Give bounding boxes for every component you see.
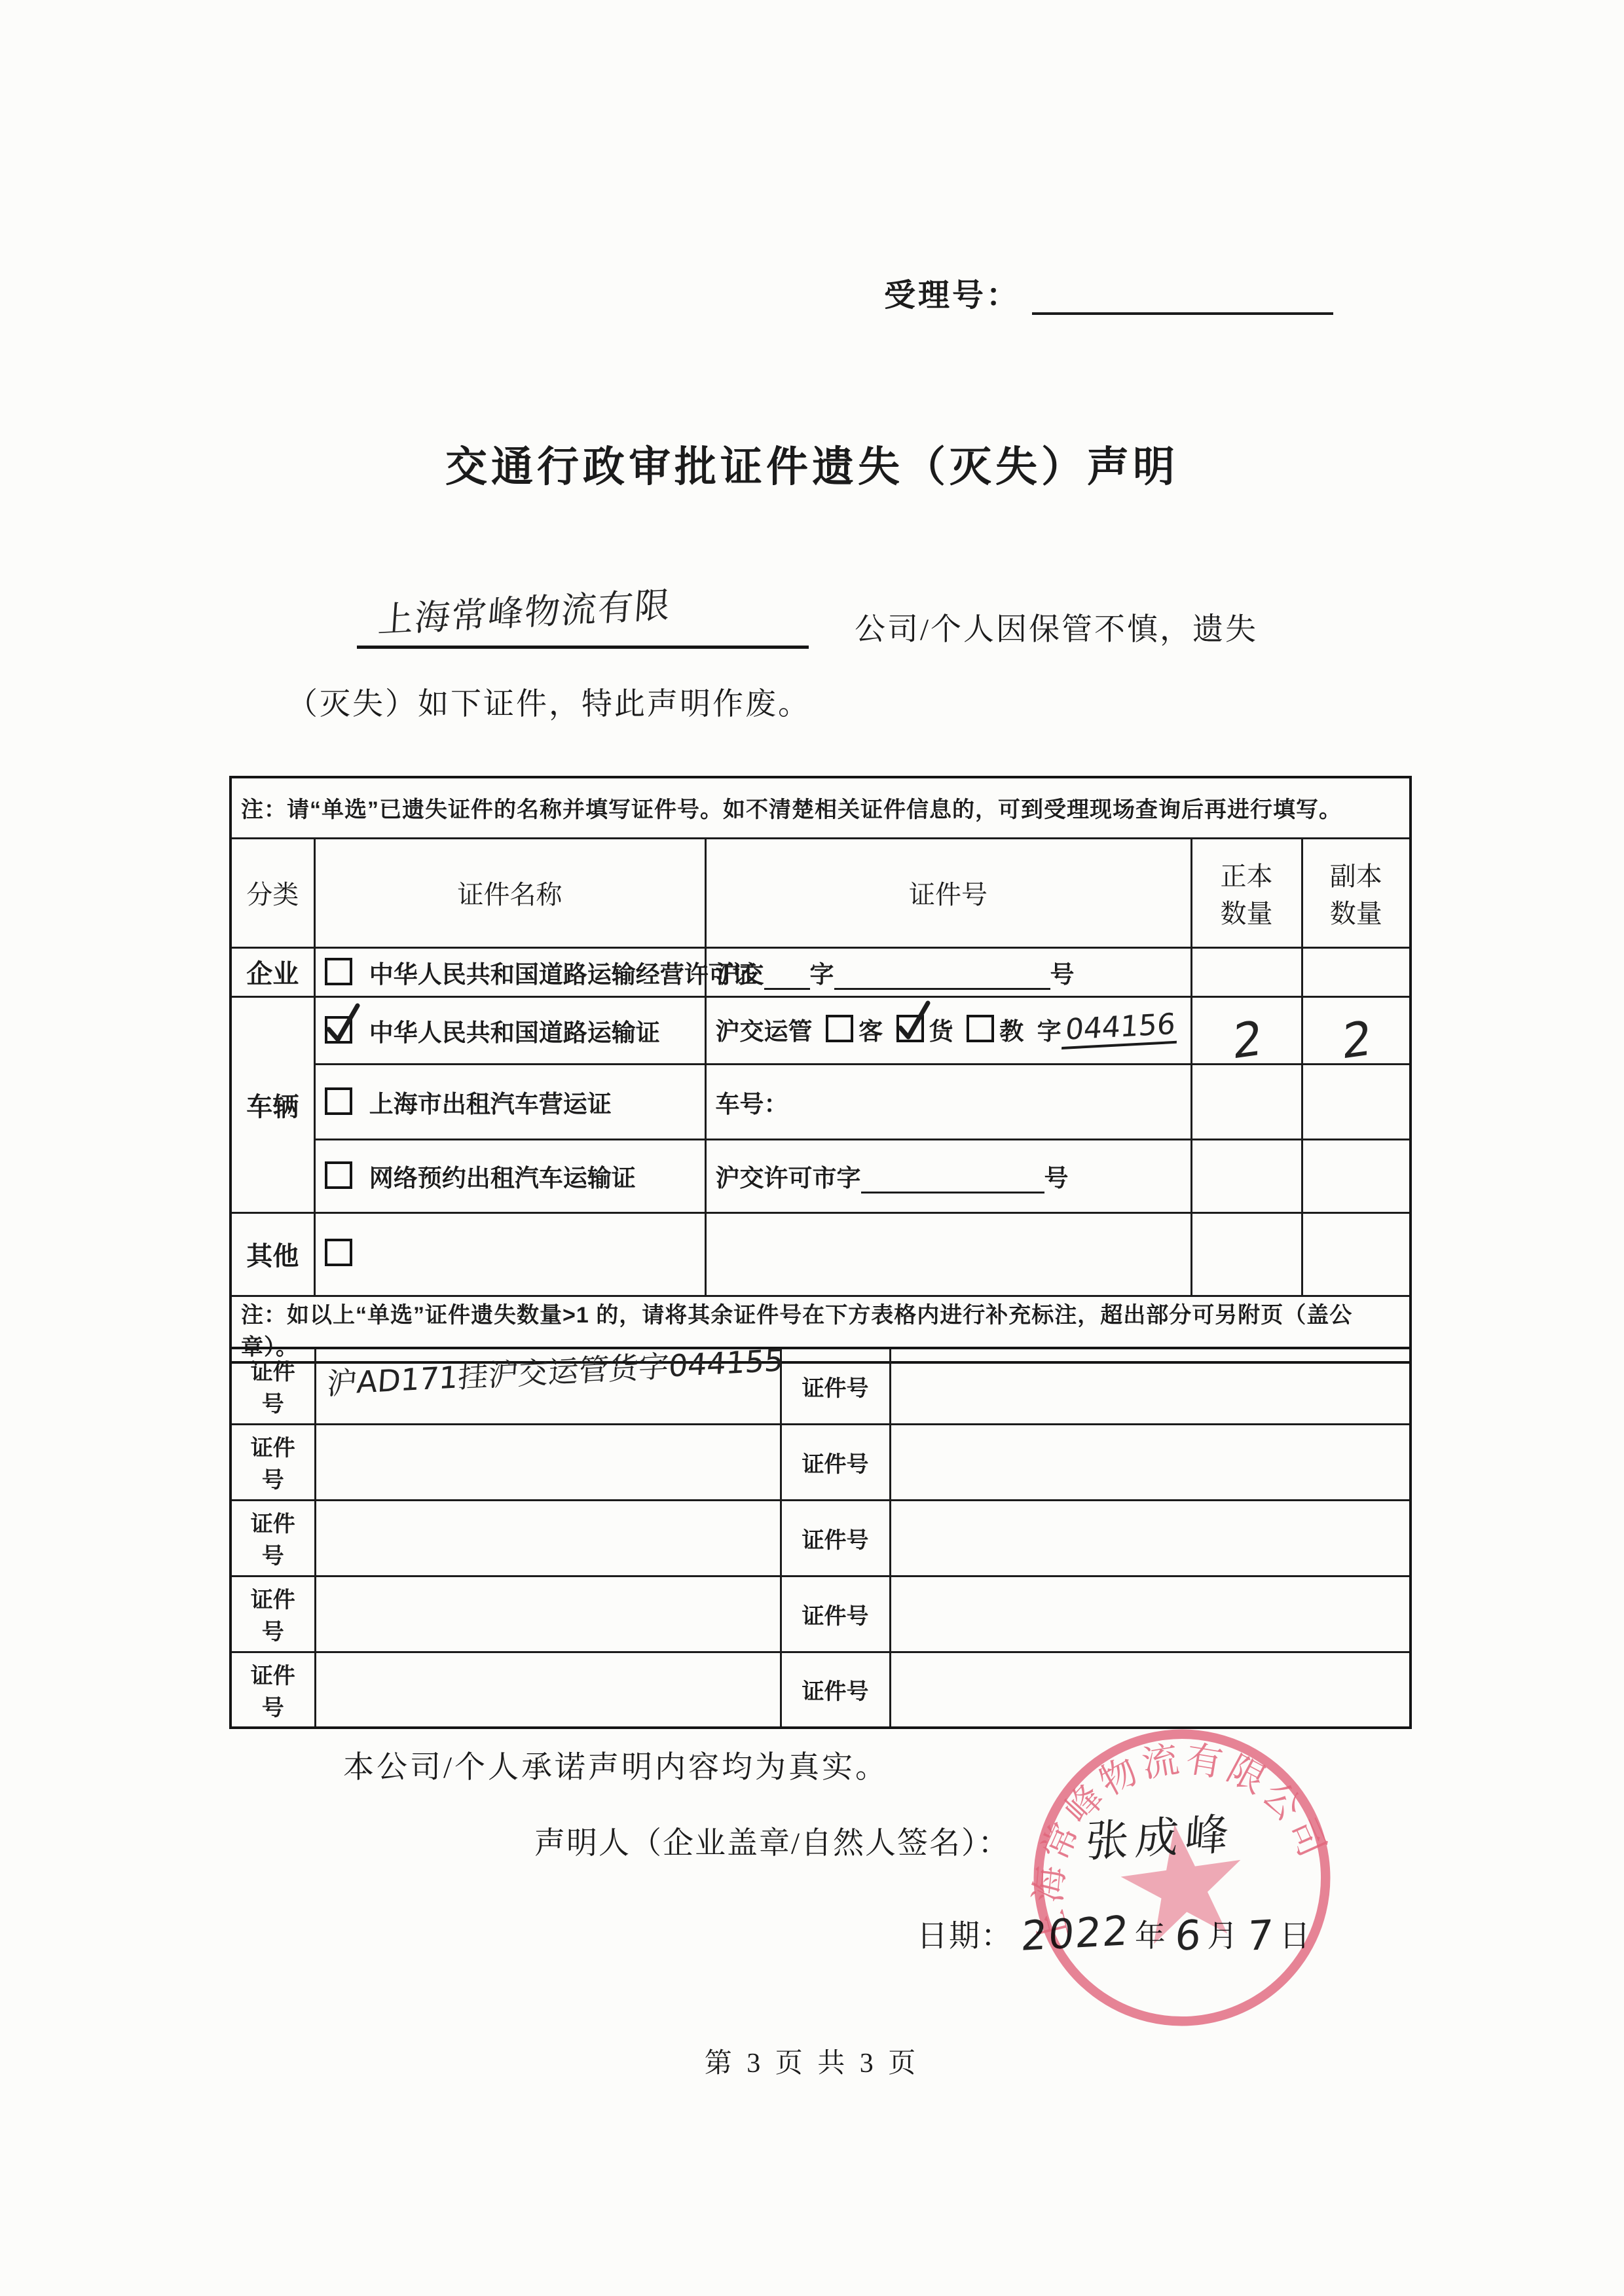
cert-no-value bbox=[315, 1424, 781, 1500]
company-stamp: 上海常峰物流有限公司 bbox=[997, 1693, 1367, 2063]
checkbox-passenger-unchecked bbox=[826, 1015, 853, 1042]
checkbox-online-taxi-unchecked bbox=[325, 1161, 352, 1189]
cert-no-value bbox=[315, 1652, 781, 1728]
cert-no-label: 证件号 bbox=[231, 1652, 315, 1728]
intro-line-2: （灭失）如下证件，特此声明作废。 bbox=[287, 680, 811, 723]
cert-no-label: 证件号 bbox=[781, 1348, 890, 1424]
qty-empty bbox=[1191, 1139, 1302, 1212]
cert-no-taxi: 车号： bbox=[705, 1064, 1191, 1139]
cert-row-taxi-cert: 上海市出租汽车营运证 bbox=[314, 1064, 705, 1139]
cert-no-value bbox=[890, 1500, 1411, 1576]
qty-empty bbox=[1302, 1139, 1411, 1212]
qty-empty bbox=[1191, 1064, 1302, 1139]
cert-no-value: 沪AD171挂沪交运管货字044155 bbox=[315, 1348, 781, 1424]
cert-no-label: 证件号 bbox=[231, 1576, 315, 1652]
cert-no-label: 证件号 bbox=[231, 1348, 315, 1424]
checkbox-transport-cert-checked bbox=[325, 1016, 352, 1044]
cert-no-transport-cert: 沪交运管 客 货 教 字044156 bbox=[705, 996, 1191, 1064]
category-enterprise: 企业 bbox=[231, 947, 314, 996]
qty-empty bbox=[1302, 947, 1411, 996]
company-name-handwritten: 上海常峰物流有限 bbox=[377, 577, 673, 643]
header-original-qty: 正本 数量 bbox=[1191, 838, 1302, 947]
header-category: 分类 bbox=[231, 838, 314, 947]
cert-row-transport-cert: 中华人民共和国道路运输证 bbox=[314, 996, 705, 1064]
qty-empty bbox=[1302, 1064, 1411, 1139]
qty-empty bbox=[1191, 947, 1302, 996]
cert-no-label: 证件号 bbox=[781, 1500, 890, 1576]
cert-row-other bbox=[314, 1212, 705, 1296]
cert-no-road-license: 沪交字号 bbox=[705, 947, 1191, 996]
qty-empty bbox=[1302, 1212, 1411, 1296]
supplement-no-handwritten: 沪AD171挂沪交运管货字044155 bbox=[325, 1336, 785, 1404]
cert-no-value bbox=[890, 1348, 1411, 1424]
checkbox-other-unchecked bbox=[325, 1239, 352, 1266]
intro-line-1-text: 公司/个人因保管不慎，遗失 bbox=[855, 613, 1258, 647]
checkbox-freight-checked bbox=[896, 1015, 924, 1042]
acceptance-number-blank-line bbox=[1032, 278, 1333, 315]
header-copy-qty: 副本 数量 bbox=[1302, 838, 1411, 947]
acceptance-number-row: 受理号： bbox=[884, 270, 1333, 315]
signature-handwritten: 张成峰 bbox=[1084, 1799, 1237, 1869]
cert-no-label: 证件号 bbox=[781, 1576, 890, 1652]
acceptance-number-label: 受理号： bbox=[884, 278, 1020, 313]
checkbox-training-unchecked bbox=[967, 1015, 994, 1042]
cert-name-road-license: 中华人民共和国道路运输经营许可证 bbox=[369, 961, 757, 988]
cert-no-value bbox=[890, 1576, 1411, 1652]
cert-name-online-taxi-cert: 网络预约出租汽车运输证 bbox=[369, 1165, 636, 1192]
declarant-label: 声明人（企业盖章/自然人签名）： bbox=[534, 1819, 1010, 1863]
header-cert-no: 证件号 bbox=[705, 838, 1191, 947]
company-name-blank-line: 上海常峰物流有限 bbox=[357, 597, 809, 649]
cert-no-label: 证件号 bbox=[781, 1424, 890, 1500]
checkbox-road-license-unchecked bbox=[325, 958, 352, 985]
handwritten-check-icon bbox=[323, 1002, 365, 1046]
blank-line bbox=[834, 962, 1050, 990]
cert-name-transport-cert: 中华人民共和国道路运输证 bbox=[369, 1019, 660, 1046]
supplement-cert-no-table: 证件号 沪AD171挂沪交运管货字044155 证件号 证件号 证件号 证件号 … bbox=[229, 1347, 1412, 1729]
original-qty-value: 2 bbox=[1191, 996, 1302, 1064]
document-title: 交通行政审批证件遗失（灭失）声明 bbox=[0, 433, 1624, 494]
handwritten-check-icon bbox=[895, 1000, 937, 1045]
cert-no-handwritten: 044156 bbox=[1061, 1007, 1179, 1049]
date-label: 日期： bbox=[917, 1920, 1013, 1954]
cert-no-label: 证件号 bbox=[231, 1500, 315, 1576]
cert-no-value bbox=[890, 1424, 1411, 1500]
cert-name-taxi-cert: 上海市出租汽车营运证 bbox=[369, 1091, 612, 1118]
header-cert-name: 证件名称 bbox=[314, 838, 705, 947]
intro-line-1: 上海常峰物流有限 公司/个人因保管不慎，遗失 bbox=[357, 597, 1258, 649]
blank-line bbox=[764, 962, 810, 990]
page-number-footer: 第 3 页 共 3 页 bbox=[0, 2041, 1624, 2081]
blank-line bbox=[861, 1165, 1044, 1194]
qty-empty bbox=[1191, 1212, 1302, 1296]
cert-no-online-taxi: 沪交许可市字号 bbox=[705, 1139, 1191, 1212]
cert-no-empty bbox=[705, 1212, 1191, 1296]
certificate-loss-table: 注：请“单选”已遗失证件的名称并填写证件号。如不清楚相关证件信息的，可到受理现场… bbox=[229, 776, 1412, 1364]
scanned-declaration-document: 受理号： 交通行政审批证件遗失（灭失）声明 上海常峰物流有限 公司/个人因保管不… bbox=[0, 0, 1624, 2296]
category-other: 其他 bbox=[231, 1212, 314, 1296]
category-vehicle: 车辆 bbox=[231, 996, 314, 1212]
copy-qty-value: 2 bbox=[1302, 996, 1411, 1064]
promise-statement: 本公司/个人承诺声明内容均为真实。 bbox=[343, 1743, 889, 1787]
cert-no-value bbox=[315, 1500, 781, 1576]
cert-row-online-taxi-cert: 网络预约出租汽车运输证 bbox=[314, 1139, 705, 1212]
checkbox-taxi-unchecked bbox=[325, 1087, 352, 1115]
table-note-1: 注：请“单选”已遗失证件的名称并填写证件号。如不清楚相关证件信息的，可到受理现场… bbox=[231, 777, 1411, 838]
cert-no-value bbox=[315, 1576, 781, 1652]
cert-no-label: 证件号 bbox=[781, 1652, 890, 1728]
cert-row-road-license: 中华人民共和国道路运输经营许可证 bbox=[314, 947, 705, 996]
cert-no-label: 证件号 bbox=[231, 1424, 315, 1500]
